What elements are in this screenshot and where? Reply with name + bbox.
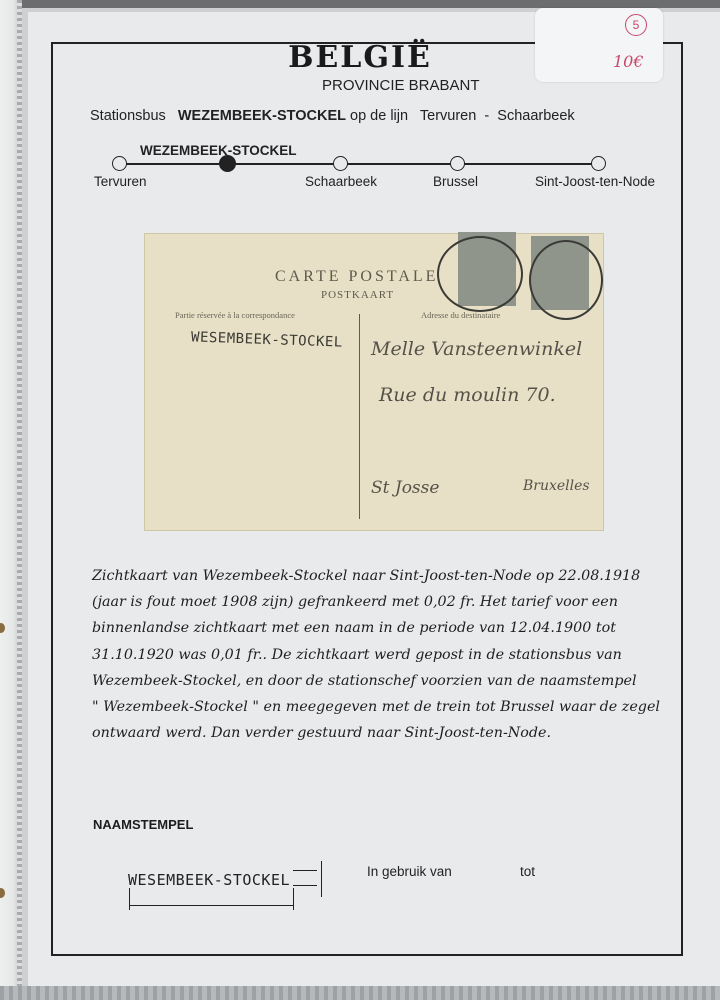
active-station-label: WEZEMBEEK-STOCKEL <box>140 143 297 158</box>
stop-marker-schaarbeek <box>333 156 348 171</box>
postcard-divider <box>359 314 360 519</box>
postcard-title: CARTE POSTALE <box>275 268 438 286</box>
postcard-subtitle: POSTKAART <box>321 289 394 301</box>
line-separator: - <box>484 108 489 124</box>
route-diagram: WEZEMBEEK-STOCKEL Tervuren Schaarbeek Br… <box>0 140 720 190</box>
binder-ring-icon <box>0 888 5 898</box>
station-name-stamp: WESEMBEEK-STOCKEL <box>191 329 343 350</box>
description-line: (jaar is fout moet 1908 zijn) gefrankeer… <box>92 589 652 615</box>
naamstempel-heading: NAAMSTEMPEL <box>93 817 193 832</box>
stop-label-tervuren: Tervuren <box>94 174 147 189</box>
postmark-schaerbeek <box>529 240 603 320</box>
stop-label-sint-joost: Sint-Joost-ten-Node <box>535 174 655 189</box>
description-line: ontwaard werd. Dan verder gestuurd naar … <box>92 720 652 746</box>
line-from: Tervuren <box>420 108 476 124</box>
binder-ring-icon <box>0 623 5 633</box>
postcard-image: CARTE POSTALE POSTKAART Partie réservée … <box>144 233 604 531</box>
lot-number: 5 <box>625 14 647 36</box>
postmark-bruxelles <box>437 236 523 312</box>
sleeve-bottom-edge <box>0 986 720 1000</box>
description-text: Zichtkaart van Wezembeek-Stockel naar Si… <box>92 563 652 746</box>
description-line: binnenlandse zichtkaart met een naam in … <box>92 615 652 641</box>
address-line-1: Melle Vansteenwinkel <box>371 338 582 360</box>
description-line: Zichtkaart van Wezembeek-Stockel naar Si… <box>92 563 652 589</box>
page-title: BELGIË <box>0 40 720 75</box>
line-to: Schaarbeek <box>497 108 574 124</box>
in-use-to-label: tot <box>520 864 535 879</box>
stop-marker-sint-joost <box>591 156 606 171</box>
description-line: 31.10.1920 was 0,01 fr.. De zichtkaart w… <box>92 642 652 668</box>
line-middle: op de lijn <box>350 108 408 124</box>
in-use-from-label: In gebruik van <box>367 864 452 879</box>
stop-marker-wezembeek-stockel <box>219 155 236 172</box>
dimension-line <box>129 888 130 910</box>
width-dimension-arrow <box>130 905 293 906</box>
correspondence-label: Partie réservée à la correspondance <box>175 310 295 320</box>
address-region: Bruxelles <box>523 478 590 494</box>
route-line <box>119 163 599 165</box>
stop-label-brussel: Brussel <box>433 174 478 189</box>
stop-marker-tervuren <box>112 156 127 171</box>
address-label: Adresse du destinataire <box>421 310 500 320</box>
province-subtitle: PROVINCIE BRABANT <box>322 77 480 94</box>
sleeve-top-edge <box>0 0 720 8</box>
station-name: WEZEMBEEK-STOCKEL <box>178 108 346 124</box>
description-line: Wezembeek-Stockel, en door de stationsch… <box>92 668 652 694</box>
address-city: St Josse <box>371 478 439 498</box>
dimension-line <box>293 885 317 886</box>
line-prefix: Stationsbus <box>90 108 166 124</box>
naamstempel-sample: WESEMBEEK-STOCKEL <box>128 871 290 889</box>
address-line-2: Rue du moulin 70. <box>379 384 556 406</box>
dimension-line <box>293 888 294 910</box>
stop-marker-brussel <box>450 156 465 171</box>
height-dimension-arrow <box>321 861 322 897</box>
stop-label-schaarbeek: Schaarbeek <box>305 174 377 189</box>
dimension-line <box>293 870 317 871</box>
description-line: " Wezembeek-Stockel " en meegegeven met … <box>92 694 652 720</box>
line-description: Stationsbus WEZEMBEEK-STOCKEL op de lijn… <box>90 108 575 124</box>
